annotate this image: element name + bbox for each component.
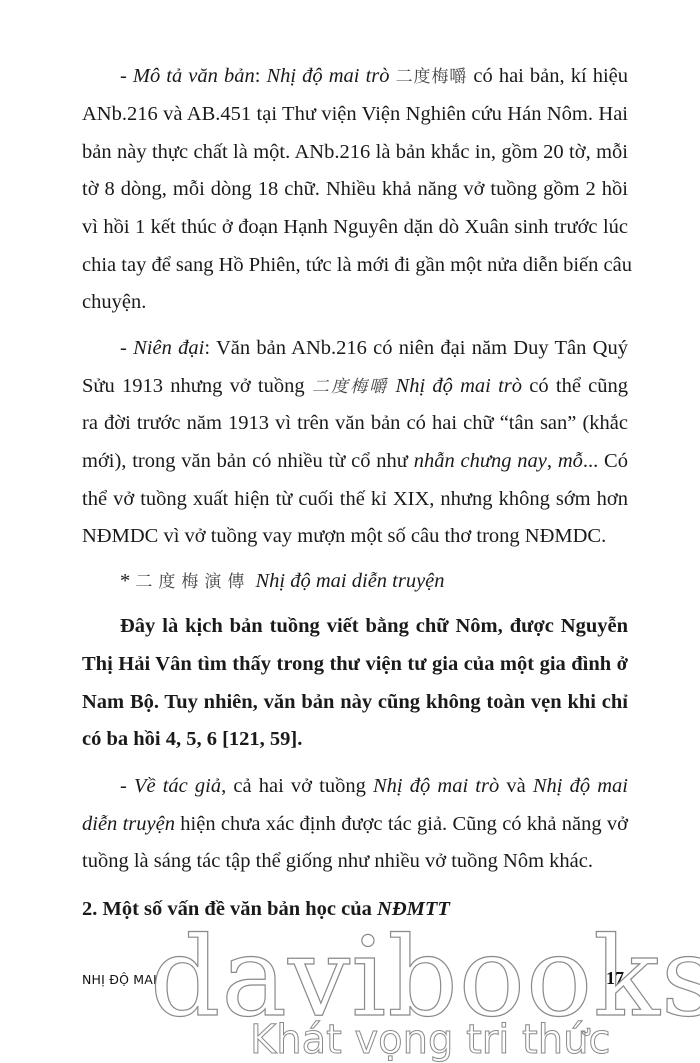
running-title: NHỊ ĐỘ MAI	[82, 972, 157, 987]
watermark-brand: davibooks	[150, 922, 700, 1032]
watermark-slogan: Khát vọng tri thức	[250, 1018, 610, 1062]
section-headings-real: 2. Một số vấn đề văn bản học của NĐMTT	[82, 0, 628, 1063]
